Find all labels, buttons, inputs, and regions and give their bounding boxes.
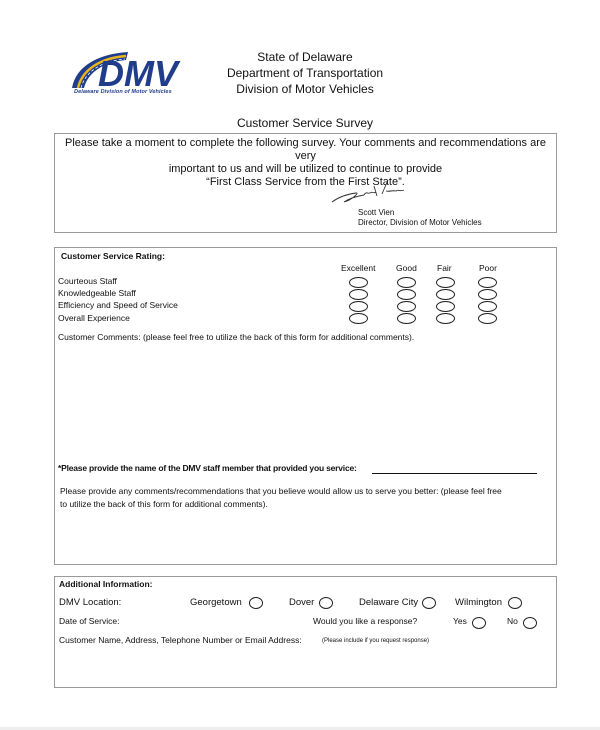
radio-location-wilmington[interactable] (508, 597, 522, 609)
location-wilmington-label: Wilmington (455, 597, 502, 608)
director-signature (330, 176, 420, 208)
response-yes-label: Yes (453, 616, 467, 626)
radio-efficiency-poor[interactable] (478, 301, 497, 312)
radio-response-no[interactable] (523, 617, 537, 629)
rating-heading: Customer Service Rating: (61, 251, 165, 261)
staff-name-field[interactable] (372, 473, 537, 474)
row-knowledgeable-staff: Knowledgeable Staff (58, 288, 136, 298)
contact-info-label: Customer Name, Address, Telephone Number… (59, 635, 302, 645)
intro-line-1: Please take a moment to complete the fol… (55, 137, 556, 163)
radio-courteous-excellent[interactable] (349, 277, 368, 288)
row-courteous-staff: Courteous Staff (58, 276, 117, 286)
column-poor: Poor (479, 263, 497, 273)
intro-line-3: “First Class Service from the First Stat… (55, 176, 556, 189)
radio-courteous-good[interactable] (397, 277, 416, 288)
location-dover-label: Dover (289, 597, 314, 608)
row-efficiency: Efficiency and Speed of Service (58, 300, 178, 310)
radio-overall-poor[interactable] (478, 313, 497, 324)
location-delaware-city-label: Delaware City (359, 597, 418, 608)
additional-info-heading: Additional Information: (59, 579, 153, 589)
radio-efficiency-fair[interactable] (436, 301, 455, 312)
recommendations-field[interactable] (58, 512, 548, 562)
radio-knowledgeable-good[interactable] (397, 289, 416, 300)
radio-response-yes[interactable] (472, 617, 486, 629)
row-overall-experience: Overall Experience (58, 313, 130, 323)
radio-knowledgeable-fair[interactable] (436, 289, 455, 300)
customer-comments-label: Customer Comments: (please feel free to … (58, 332, 414, 342)
header-line-state: State of Delaware (200, 50, 410, 64)
radio-efficiency-excellent[interactable] (349, 301, 368, 312)
radio-location-dover[interactable] (319, 597, 333, 609)
radio-overall-good[interactable] (397, 313, 416, 324)
page-title: Customer Service Survey (200, 116, 410, 130)
contact-info-note: (Please include if you request response) (322, 638, 429, 644)
date-of-service-label: Date of Service: (59, 616, 119, 626)
response-no-label: No (507, 616, 518, 626)
staff-name-prompt: *Please provide the name of the DMV staf… (58, 463, 357, 473)
response-question: Would you like a response? (313, 616, 417, 626)
signer-title: Director, Division of Motor Vehicles (358, 218, 482, 227)
radio-knowledgeable-poor[interactable] (478, 289, 497, 300)
radio-overall-fair[interactable] (436, 313, 455, 324)
svg-text:DMV: DMV (98, 53, 181, 94)
radio-courteous-poor[interactable] (478, 277, 497, 288)
signer-name: Scott Vien (358, 208, 394, 217)
recommendations-line-2: to utilize the back of this form for add… (60, 499, 268, 509)
recommendations-line-1: Please provide any comments/recommendati… (60, 486, 502, 496)
contact-info-field[interactable] (58, 648, 548, 684)
logo-subtext: Delaware Division of Motor Vehicles (74, 89, 172, 95)
radio-overall-excellent[interactable] (349, 313, 368, 324)
column-excellent: Excellent (341, 263, 376, 273)
header-line-department: Department of Transportation (200, 66, 410, 80)
column-good: Good (396, 263, 417, 273)
dmv-location-label: DMV Location: (59, 597, 121, 608)
customer-comments-field[interactable] (58, 345, 548, 455)
radio-knowledgeable-excellent[interactable] (349, 289, 368, 300)
date-of-service-field[interactable] (130, 614, 300, 626)
radio-location-delaware-city[interactable] (422, 597, 436, 609)
radio-efficiency-good[interactable] (397, 301, 416, 312)
radio-courteous-fair[interactable] (436, 277, 455, 288)
radio-location-georgetown[interactable] (249, 597, 263, 609)
location-georgetown-label: Georgetown (190, 597, 242, 608)
column-fair: Fair (437, 263, 452, 273)
intro-line-2: important to us and will be utilized to … (55, 163, 556, 176)
header-line-division: Division of Motor Vehicles (200, 82, 410, 96)
